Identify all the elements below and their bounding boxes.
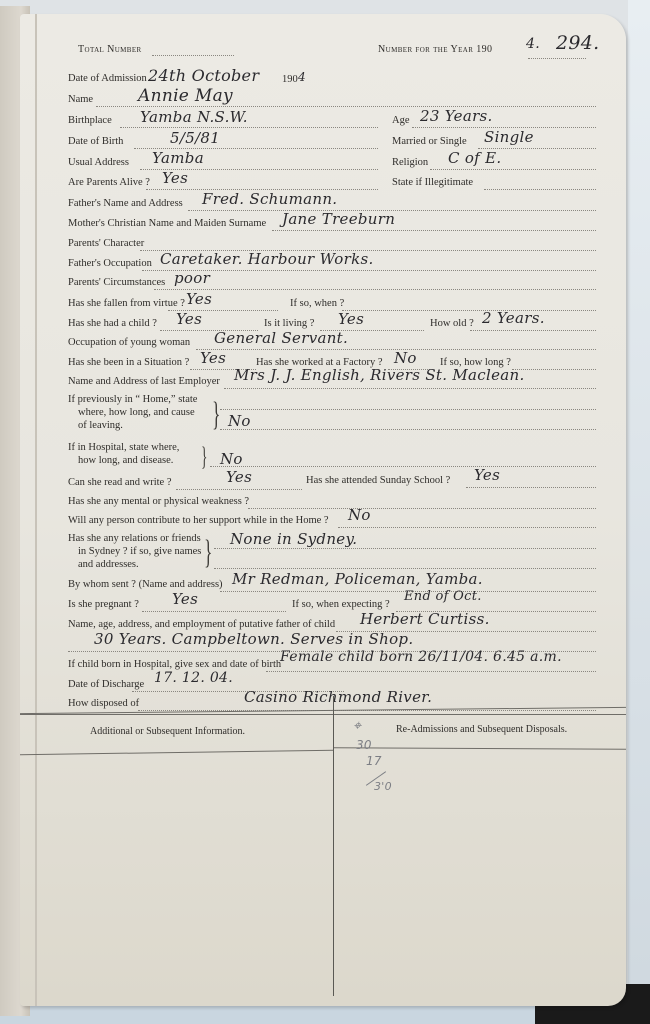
date-of-birth-value: 5/5/81 [170, 129, 220, 147]
date-of-discharge-value: 17. 12. 04. [154, 670, 233, 686]
pencil-mark: ⌖ [353, 718, 361, 734]
fathers-name-label: Father's Name and Address [68, 198, 183, 209]
mothers-name-value: Jane Treeburn [282, 210, 395, 228]
when-expecting-label: If so, when expecting ? [292, 599, 390, 610]
dotted-line [248, 508, 596, 509]
dotted-line [266, 671, 596, 672]
dotted-line [214, 548, 596, 549]
parents-circumstances-value: poor [174, 269, 210, 287]
previously-in-home-label-1: If previously in “ Home,” state [68, 394, 197, 405]
dotted-line [96, 106, 596, 107]
year-suffix-admission: 4 [298, 70, 306, 84]
contribute-support-label: Will any person contribute to her suppor… [68, 515, 329, 526]
dotted-line [214, 568, 596, 569]
religion-label: Religion [392, 157, 428, 168]
heading-rule-right [334, 747, 626, 750]
married-or-single-value: Single [484, 128, 534, 146]
relations-label-1: Has she any relations or friends [68, 533, 201, 544]
pregnant-value: Yes [172, 590, 198, 608]
name-label: Name [68, 94, 93, 105]
parents-alive-label: Are Parents Alive ? [68, 177, 150, 188]
contribute-support-value: No [348, 506, 371, 524]
previously-in-home-label-3: of leaving. [78, 420, 123, 431]
occupation-label: Occupation of young woman [68, 337, 190, 348]
dotted-line [338, 527, 596, 528]
pencil-note-2: 17 [366, 754, 382, 768]
in-hospital-label-1: If in Hospital, state where, [68, 442, 179, 453]
heading-rule-left [20, 750, 334, 755]
dotted-line [142, 270, 596, 271]
readmissions-heading: Re-Admissions and Subsequent Disposals. [396, 724, 567, 735]
when-expecting-value: End of Oct. [404, 589, 482, 604]
birthplace-value: Yamba N.S.W. [140, 108, 248, 126]
pencil-note-3: 3'0 [374, 780, 392, 793]
dotted-line [152, 55, 234, 56]
read-write-label: Can she read and write ? [68, 477, 172, 488]
had-a-child-value: Yes [176, 310, 202, 328]
read-write-value: Yes [226, 468, 252, 486]
how-old-label: How old ? [430, 318, 474, 329]
child-born-value: Female child born 26/11/04. 6.45 a.m. [280, 649, 562, 665]
weakness-label: Has she any mental or physical weakness … [68, 496, 249, 507]
how-disposed-label: How disposed of [68, 698, 139, 709]
year-number-label: Number for the Year 190 [378, 44, 492, 55]
brace: } [212, 398, 220, 432]
date-of-admission-label: Date of Admission [68, 73, 147, 84]
age-value: 23 Years. [420, 107, 493, 125]
child-born-label: If child born in Hospital, give sex and … [68, 659, 281, 670]
brace: } [204, 536, 212, 570]
last-employer-value: Mrs J. J. English, Rivers St. Maclean. [234, 366, 525, 384]
dotted-line [210, 466, 596, 467]
dotted-line [484, 189, 596, 190]
dotted-line [220, 429, 596, 430]
usual-address-value: Yamba [152, 149, 204, 167]
state-if-illegitimate-label: State if Illegitimate [392, 177, 473, 188]
if-so-when-label: If so, when ? [290, 298, 344, 309]
relations-value: None in Sydney. [230, 530, 357, 548]
sunday-school-label: Has she attended Sunday School ? [306, 475, 450, 486]
had-a-child-label: Has she had a child ? [68, 318, 157, 329]
date-of-discharge-label: Date of Discharge [68, 679, 144, 690]
pregnant-label: Is she pregnant ? [68, 599, 139, 610]
last-employer-label: Name and Address of last Employer [68, 376, 220, 387]
year-number-value: 294. [556, 32, 600, 54]
table-top-rule-2 [20, 714, 626, 715]
dotted-line [154, 289, 596, 290]
parents-circumstances-label: Parents' Circumstances [68, 277, 165, 288]
how-disposed-value: Casino Richmond River. [244, 688, 432, 706]
column-divider [333, 696, 334, 996]
putative-father-details: 30 Years. Campbeltown. Serves in Shop. [94, 630, 413, 648]
printed-year: 190 [282, 74, 298, 85]
dotted-line [466, 487, 596, 488]
usual-address-label: Usual Address [68, 157, 129, 168]
relations-label-3: and addresses. [78, 559, 139, 570]
situation-label: Has she been in a Situation ? [68, 357, 189, 368]
dotted-line [176, 489, 302, 490]
dotted-line [220, 409, 596, 410]
fallen-from-virtue-label: Has she fallen from virtue ? [68, 298, 185, 309]
parents-alive-value: Yes [162, 169, 188, 187]
sent-by-label: By whom sent ? (Name and address) [68, 579, 223, 590]
fallen-from-virtue-value: Yes [186, 290, 212, 308]
sent-by-value: Mr Redman, Policeman, Yamba. [232, 570, 483, 588]
brace: } [201, 444, 207, 470]
year-suffix: 4. [526, 36, 540, 52]
background-right [628, 0, 650, 1024]
dotted-line [224, 388, 596, 389]
is-it-living-value: Yes [338, 310, 364, 328]
in-hospital-label-2: how long, and disease. [78, 455, 173, 466]
occupation-value: General Servant. [214, 329, 348, 347]
previously-in-home-label-2: where, how long, and cause [78, 407, 195, 418]
putative-father-label: Name, age, address, and employment of pu… [68, 619, 335, 630]
age-label: Age [392, 115, 410, 126]
relations-label-2: in Sydney ? if so, give names [78, 546, 201, 557]
dotted-line [528, 58, 586, 59]
register-page: Total Number Number for the Year 190 4. … [20, 14, 626, 1006]
dotted-line [120, 127, 378, 128]
previously-in-home-value: No [228, 412, 251, 430]
pencil-note-1: 30 [356, 738, 372, 752]
name-value: Annie May [138, 86, 233, 106]
dotted-line [142, 611, 286, 612]
sunday-school-value: Yes [474, 466, 500, 484]
situation-value: Yes [200, 349, 226, 367]
fathers-occupation-label: Father's Occupation [68, 258, 152, 269]
fathers-name-value: Fred. Schumann. [202, 190, 337, 208]
mothers-name-label: Mother's Christian Name and Maiden Surna… [68, 218, 266, 229]
religion-value: C of E. [448, 149, 501, 167]
additional-info-heading: Additional or Subsequent Information. [90, 726, 245, 737]
dotted-line [342, 310, 596, 311]
total-number-label: Total Number [78, 44, 142, 55]
fathers-occupation-value: Caretaker. Harbour Works. [160, 250, 374, 268]
in-hospital-value: No [220, 450, 243, 468]
putative-father-value: Herbert Curtiss. [360, 610, 490, 628]
date-of-admission-value: 24th October [148, 66, 259, 85]
is-it-living-label: Is it living ? [264, 318, 314, 329]
date-of-birth-label: Date of Birth [68, 136, 123, 147]
how-old-value: 2 Years. [482, 309, 545, 327]
binding-edge [35, 14, 37, 1006]
dotted-line [470, 330, 596, 331]
dotted-line [272, 230, 596, 231]
factory-value: No [394, 349, 417, 367]
parents-character-label: Parents' Character [68, 238, 144, 249]
married-or-single-label: Married or Single [392, 136, 467, 147]
dotted-line [430, 169, 596, 170]
birthplace-label: Birthplace [68, 115, 112, 126]
